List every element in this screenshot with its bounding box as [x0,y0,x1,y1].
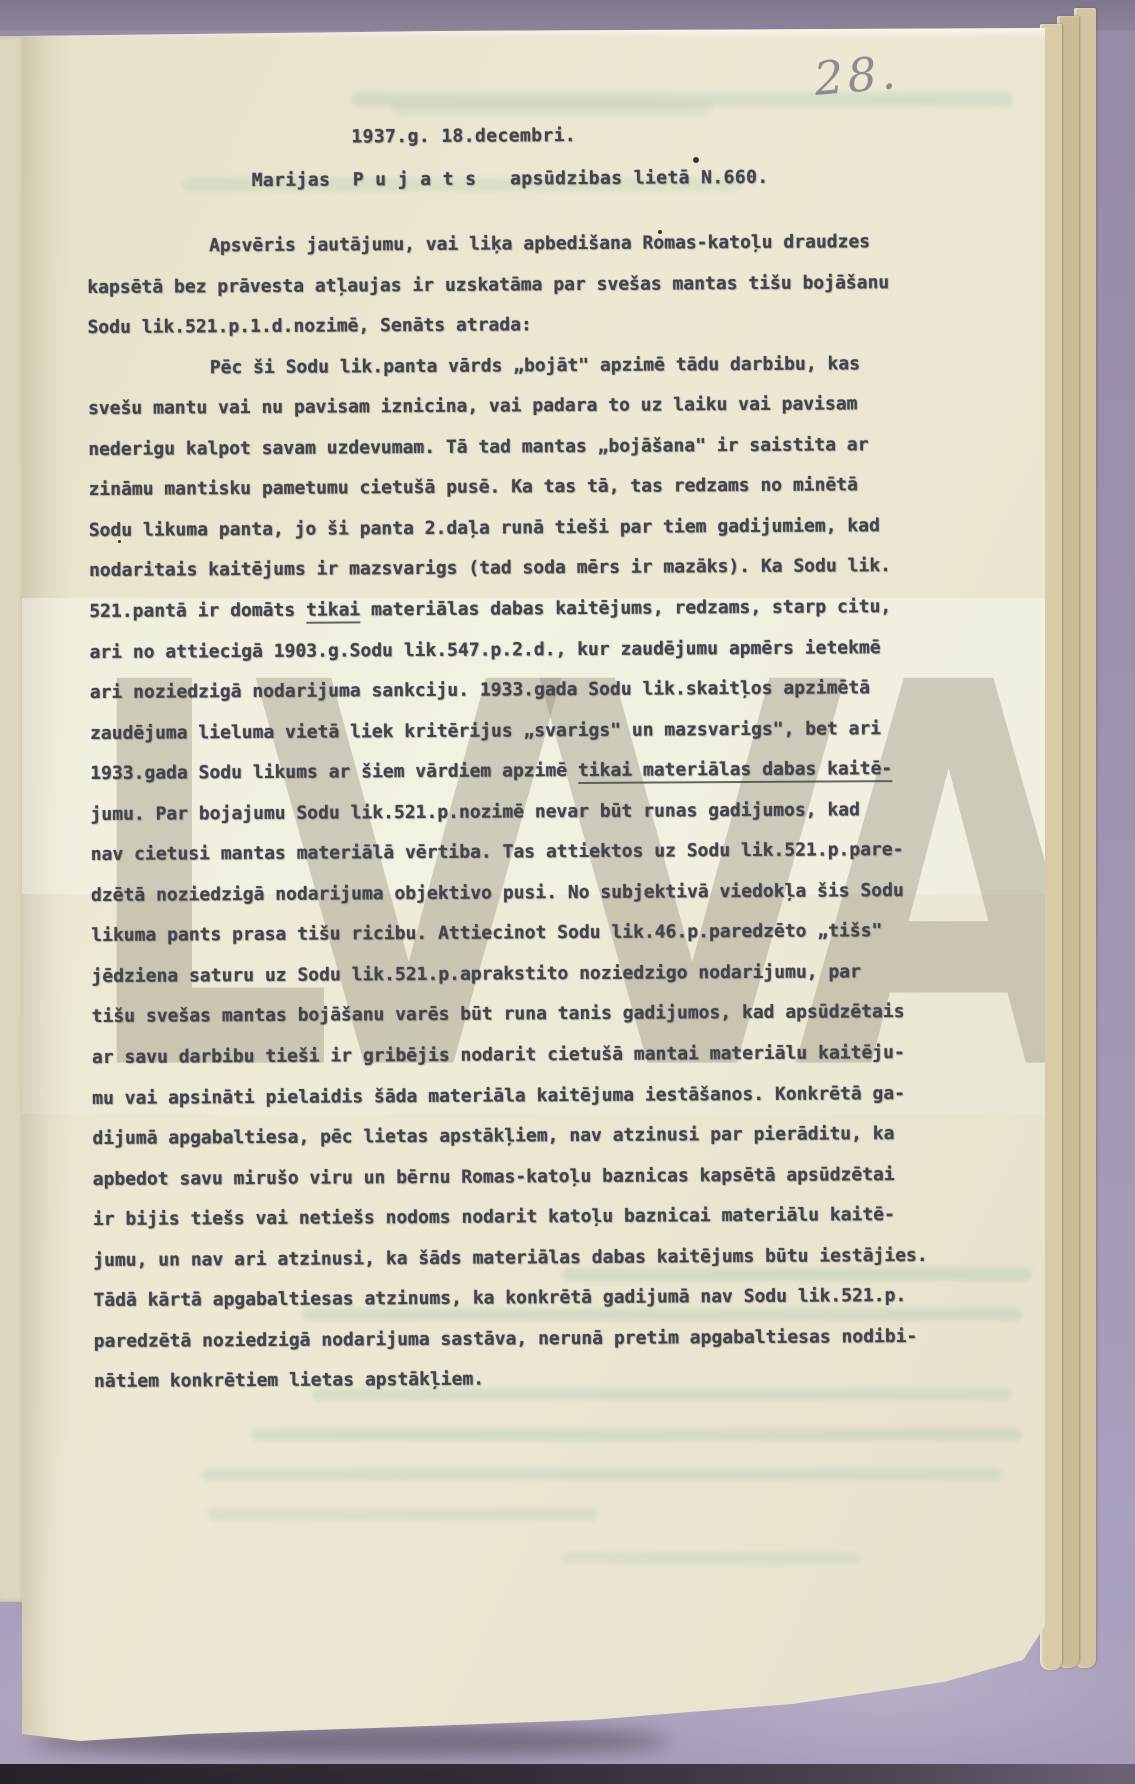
typed-line: jumu. Par bojajumu Sodu lik.521.p.nozimē… [90,799,860,826]
typed-line: nederigu kalpot savam uzdevumam. Tā tad … [88,434,868,461]
typed-line: Pēc ši Sodu lik.panta vārds „bojāt" apzi… [210,353,860,379]
typed-line: dijumā apgabaltiesa, pēc lietas apstākļi… [92,1123,894,1150]
typed-line: likuma pants prasa tišu ricibu. Attiecin… [91,920,882,947]
case-title-line: Marijas P u j a t s apsūdzibas lietā N.6… [252,167,769,192]
table-dark-strip [0,1764,1135,1784]
paper-speck [658,230,662,234]
typed-line: zināmu mantisku pametumu cietušā pusē. K… [88,474,858,501]
typed-line: ari no attiecigā 1903.g.Sodu lik.547.p.2… [89,637,880,664]
typed-line: mu vai apsināti pielaidis šāda materiāla… [92,1083,905,1110]
typed-line: Tādā kārtā apgabaltiesas atzinums, ka ko… [93,1285,906,1312]
typed-line: ari noziedzigā nodarijuma sankciju. 1933… [90,677,870,704]
paper-speck [118,540,121,543]
typed-line: jēdziena saturu uz Sodu lik.521.p.apraks… [91,961,861,988]
typed-line: Sodu likuma panta, jo ši panta 2.daļa ru… [89,515,880,542]
typed-line: svešu mantu vai nu pavisam iznicina, vai… [88,393,858,420]
typed-line: nodaritais kaitējums ir mazsvarigs (tad … [89,555,891,582]
typed-line: dzētā noziedzigā nodarijuma objektivo pu… [91,880,904,907]
document-page: LVVA 28. 1937.g. 18.decembri. Marijas P … [22,28,1045,1744]
typed-line: Apsvēris jautājumu, vai liķa apbedišana … [209,231,870,257]
typed-line: jumu, un nav ari atzinusi, ka šāds mater… [93,1245,928,1272]
typed-line: 1933.gada Sodu likums ar šiem vārdiem ap… [90,758,892,785]
typewritten-text-layer: 1937.g. 18.decembri. Marijas P u j a t s… [18,22,1051,1744]
date-line: 1937.g. 18.decembri. [351,125,576,148]
typed-line: 521.pantā ir domāts tikai materiālas dab… [89,596,891,623]
typed-line: nātiem konkrētiem lietas apstākļiem. [94,1369,484,1393]
typed-line: ir bijis tiešs vai netiešs nodoms nodari… [93,1204,895,1231]
typed-line: Sodu lik.521.p.1.d.nozimē, Senāts atrada… [87,314,531,339]
typed-line: zaudējuma lieluma vietā liek kritērijus … [90,718,881,745]
scanned-archive-photo: { "document": { "page_number": "28.", "h… [0,0,1135,1784]
typed-line: apbedot savu mirušo viru un bērnu Romas-… [93,1164,895,1191]
typed-line: paredzētā noziedzigā nodarijuma sastāva,… [94,1326,918,1353]
ruling-body-text: Apsvēris jautājumu, vai liķa apbedišana … [18,22,1041,28]
paper-speck [693,157,699,163]
typed-line: ar savu darbibu tieši ir gribējis nodari… [92,1042,905,1069]
typed-line: kapsētā bez prāvesta atļaujas ir uzskatā… [87,272,889,299]
typed-line: tišu svešas mantas bojāšanu varēs būt ru… [92,1001,905,1028]
typed-line: nav cietusi mantas materiālā vērtiba. Ta… [91,839,904,866]
